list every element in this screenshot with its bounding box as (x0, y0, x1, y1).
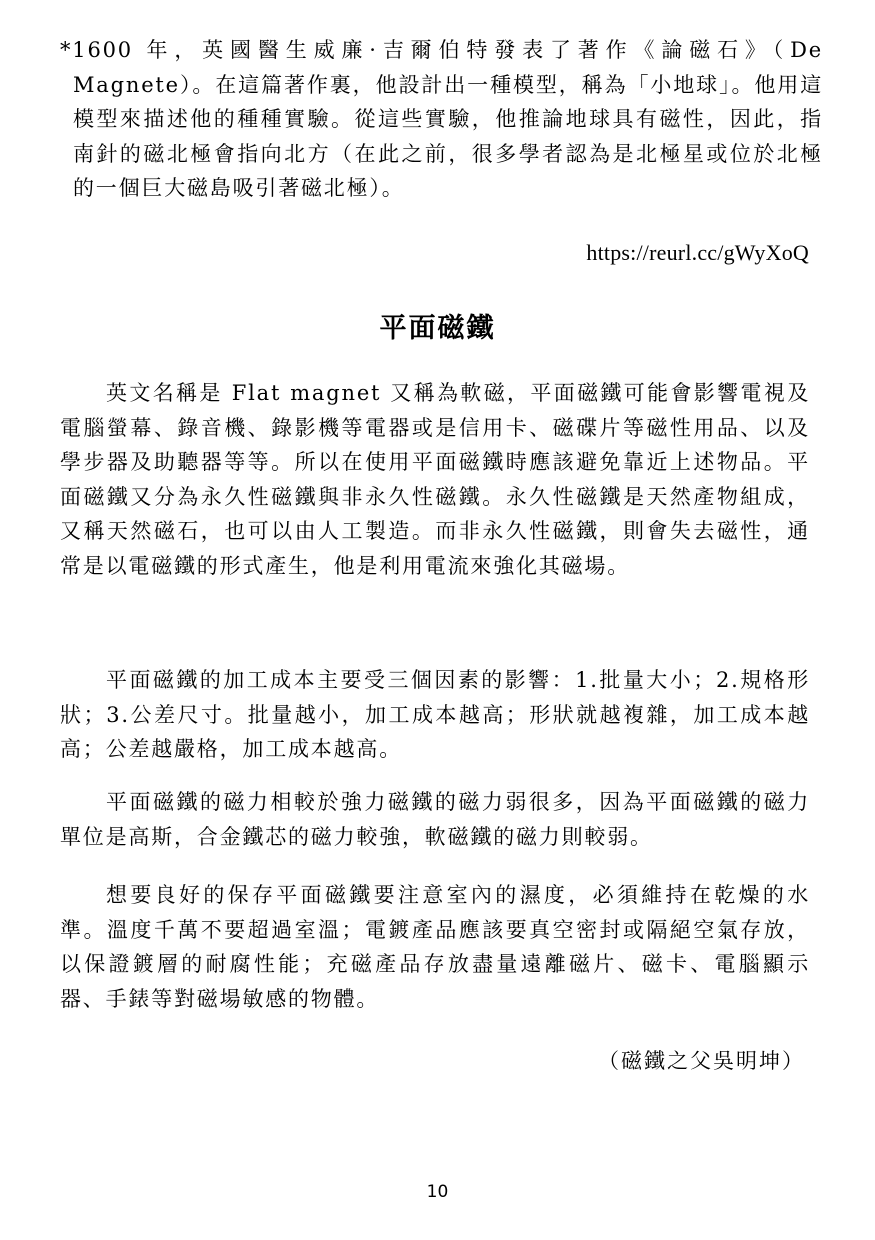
footnote-paragraph: *1600 年，英國醫生威廉·吉爾伯特發表了著作《論磁石》（De Magnete… (60, 33, 823, 206)
document-page: *1600 年，英國醫生威廉·吉爾伯特發表了著作《論磁石》（De Magnete… (0, 0, 875, 1240)
body-paragraph-1: 英文名稱是 Flat magnet 又稱為軟磁，平面磁鐵可能會影響電視及電腦螢幕… (60, 376, 810, 583)
body-paragraph-4: 想要良好的保存平面磁鐵要注意室內的濕度，必須維持在乾燥的水準。溫度千萬不要超過室… (60, 878, 810, 1016)
author-signature: （磁鐵之父吳明坤） (598, 1045, 805, 1075)
section-title: 平面磁鐵 (0, 306, 875, 345)
body-paragraph-2: 平面磁鐵的加工成本主要受三個因素的影響：1.批量大小；2.規格形狀；3.公差尺寸… (60, 663, 810, 767)
source-url-link[interactable]: https://reurl.cc/gWyXoQ (586, 240, 809, 266)
page-number: 10 (0, 1182, 875, 1202)
body-paragraph-3: 平面磁鐵的磁力相較於強力磁鐵的磁力弱很多，因為平面磁鐵的磁力單位是高斯，合金鐵芯… (60, 785, 810, 854)
